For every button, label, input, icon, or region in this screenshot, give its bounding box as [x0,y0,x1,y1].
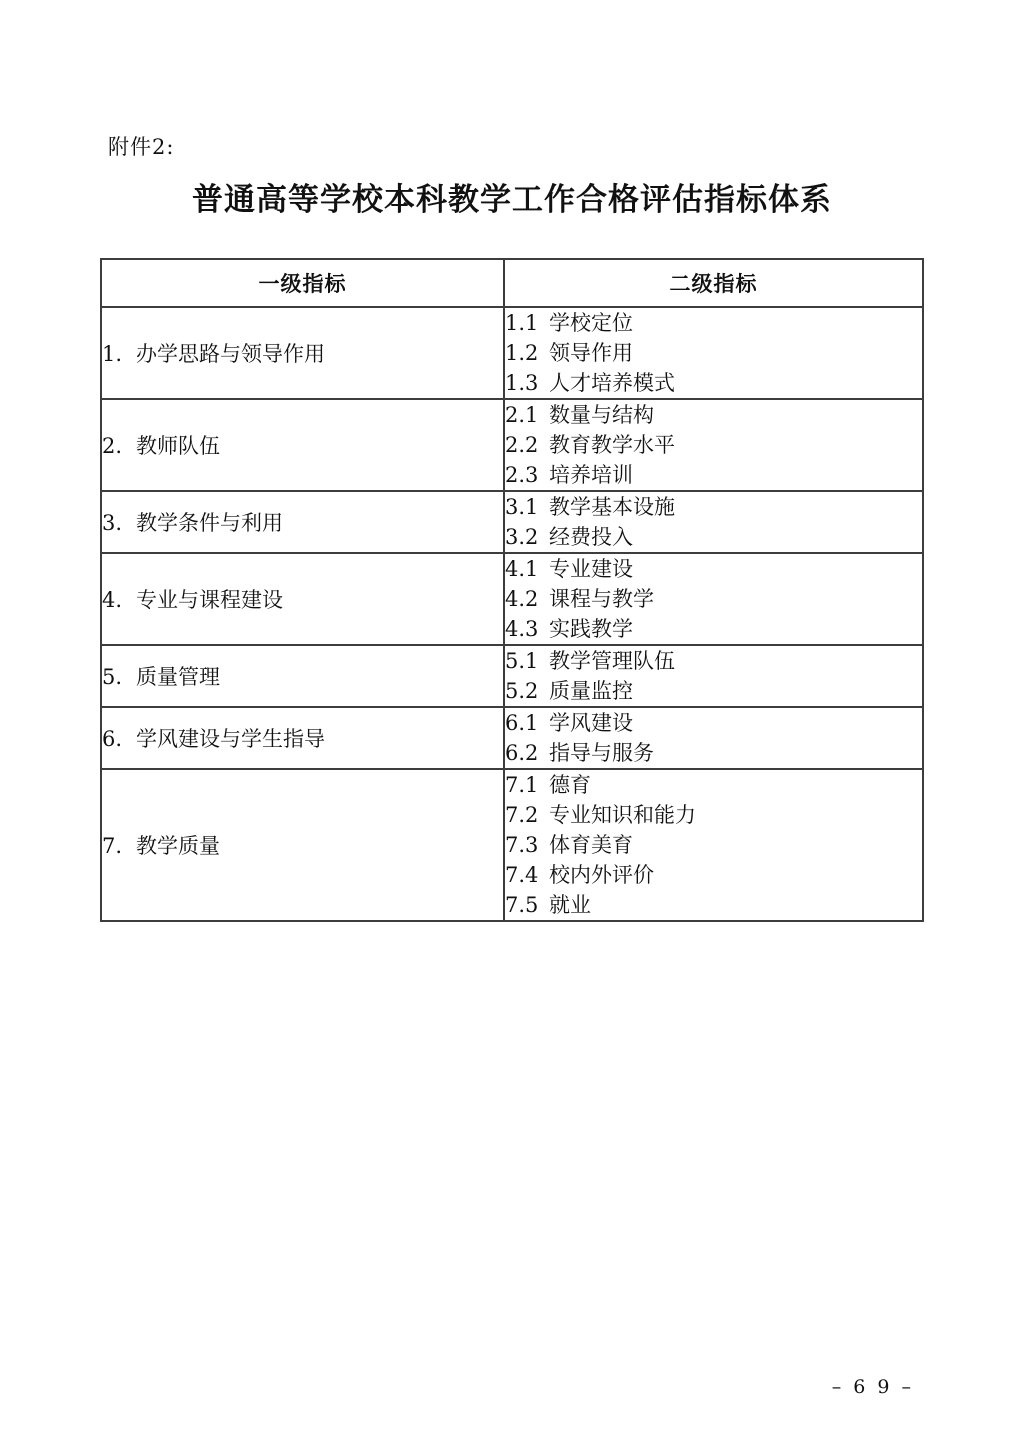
secondary-indicator-label: 教学管理队伍 [549,649,675,673]
column-header-primary: 一级指标 [101,259,504,307]
attachment-label: 附件2: [108,131,174,161]
secondary-indicator-number: 6.1 [505,708,549,738]
secondary-indicator-number: 7.4 [505,860,549,890]
primary-indicator-label: 教师队伍 [136,434,220,458]
secondary-indicator-number: 7.3 [505,830,549,860]
primary-indicator-label: 学风建设与学生指导 [136,727,325,751]
table-header-row: 一级指标 二级指标 [101,259,923,307]
primary-indicator-number: 6. [102,727,136,751]
primary-indicator-number: 7. [102,834,136,858]
table-row: 2.教师队伍2.1数量与结构2.2教育教学水平2.3培养培训 [101,399,923,491]
secondary-indicator-label: 质量监控 [549,679,633,703]
primary-indicator-cell: 2.教师队伍 [101,399,504,491]
secondary-indicator-label: 学校定位 [549,311,633,335]
table-row: 7.教学质量7.1德育7.2专业知识和能力7.3体育美育7.4校内外评价7.5就… [101,769,923,921]
secondary-indicator-number: 1.3 [505,368,549,398]
secondary-indicator-item: 5.1教学管理队伍 [505,646,922,676]
secondary-indicator-label: 校内外评价 [549,863,654,887]
secondary-indicator-label: 体育美育 [549,833,633,857]
indicator-table: 一级指标 二级指标 1.办学思路与领导作用1.1学校定位1.2领导作用1.3人才… [100,258,924,922]
secondary-indicator-label: 教学基本设施 [549,495,675,519]
secondary-indicator-number: 1.1 [505,308,549,338]
page-number: – 6 9 – [832,1376,914,1398]
secondary-indicator-number: 3.2 [505,522,549,552]
primary-indicator-number: 5. [102,665,136,689]
secondary-indicator-number: 4.1 [505,554,549,584]
secondary-indicator-label: 学风建设 [549,711,633,735]
secondary-indicator-number: 4.3 [505,614,549,644]
document-page: 附件2: 普通高等学校本科教学工作合格评估指标体系 一级指标 二级指标 1.办学… [0,0,1024,1448]
secondary-indicator-item: 3.2经费投入 [505,522,922,552]
primary-indicator-cell: 5.质量管理 [101,645,504,707]
secondary-indicator-label: 经费投入 [549,525,633,549]
secondary-indicator-cell: 1.1学校定位1.2领导作用1.3人才培养模式 [504,307,923,399]
page-title: 普通高等学校本科教学工作合格评估指标体系 [0,174,1024,219]
secondary-indicator-item: 7.2专业知识和能力 [505,800,922,830]
secondary-indicator-item: 1.1学校定位 [505,308,922,338]
primary-indicator-label: 专业与课程建设 [136,588,283,612]
secondary-indicator-cell: 4.1专业建设4.2课程与教学4.3实践教学 [504,553,923,645]
secondary-indicator-item: 1.2领导作用 [505,338,922,368]
secondary-indicator-number: 7.2 [505,800,549,830]
primary-indicator-label: 教学质量 [136,834,220,858]
primary-indicator-cell: 3.教学条件与利用 [101,491,504,553]
secondary-indicator-label: 教育教学水平 [549,433,675,457]
secondary-indicator-item: 2.2教育教学水平 [505,430,922,460]
secondary-indicator-number: 4.2 [505,584,549,614]
secondary-indicator-item: 6.1学风建设 [505,708,922,738]
secondary-indicator-item: 6.2指导与服务 [505,738,922,768]
secondary-indicator-number: 5.1 [505,646,549,676]
secondary-indicator-label: 领导作用 [549,341,633,365]
secondary-indicator-label: 专业建设 [549,557,633,581]
primary-indicator-label: 教学条件与利用 [136,511,283,535]
secondary-indicator-label: 实践教学 [549,617,633,641]
primary-indicator-cell: 6.学风建设与学生指导 [101,707,504,769]
secondary-indicator-cell: 5.1教学管理队伍5.2质量监控 [504,645,923,707]
primary-indicator-number: 2. [102,434,136,458]
secondary-indicator-cell: 2.1数量与结构2.2教育教学水平2.3培养培训 [504,399,923,491]
secondary-indicator-label: 就业 [549,893,591,917]
secondary-indicator-item: 4.2课程与教学 [505,584,922,614]
secondary-indicator-cell: 6.1学风建设6.2指导与服务 [504,707,923,769]
secondary-indicator-number: 2.2 [505,430,549,460]
table-row: 4.专业与课程建设4.1专业建设4.2课程与教学4.3实践教学 [101,553,923,645]
primary-indicator-cell: 4.专业与课程建设 [101,553,504,645]
secondary-indicator-cell: 3.1教学基本设施3.2经费投入 [504,491,923,553]
secondary-indicator-label: 指导与服务 [549,741,654,765]
secondary-indicator-item: 2.1数量与结构 [505,400,922,430]
table-row: 1.办学思路与领导作用1.1学校定位1.2领导作用1.3人才培养模式 [101,307,923,399]
secondary-indicator-label: 培养培训 [549,463,633,487]
secondary-indicator-label: 课程与教学 [549,587,654,611]
secondary-indicator-cell: 7.1德育7.2专业知识和能力7.3体育美育7.4校内外评价7.5就业 [504,769,923,921]
secondary-indicator-item: 7.3体育美育 [505,830,922,860]
indicator-table-body: 1.办学思路与领导作用1.1学校定位1.2领导作用1.3人才培养模式2.教师队伍… [101,307,923,921]
secondary-indicator-item: 7.4校内外评价 [505,860,922,890]
secondary-indicator-label: 数量与结构 [549,403,654,427]
table-row: 3.教学条件与利用3.1教学基本设施3.2经费投入 [101,491,923,553]
secondary-indicator-item: 7.5就业 [505,890,922,920]
secondary-indicator-number: 6.2 [505,738,549,768]
secondary-indicator-number: 7.1 [505,770,549,800]
primary-indicator-label: 质量管理 [136,665,220,689]
primary-indicator-number: 1. [102,342,136,366]
primary-indicator-cell: 1.办学思路与领导作用 [101,307,504,399]
secondary-indicator-item: 4.1专业建设 [505,554,922,584]
secondary-indicator-item: 5.2质量监控 [505,676,922,706]
secondary-indicator-number: 1.2 [505,338,549,368]
column-header-secondary: 二级指标 [504,259,923,307]
secondary-indicator-number: 2.1 [505,400,549,430]
secondary-indicator-label: 专业知识和能力 [549,803,696,827]
secondary-indicator-item: 3.1教学基本设施 [505,492,922,522]
table-row: 5.质量管理5.1教学管理队伍5.2质量监控 [101,645,923,707]
secondary-indicator-label: 德育 [549,773,591,797]
secondary-indicator-label: 人才培养模式 [549,371,675,395]
secondary-indicator-item: 4.3实践教学 [505,614,922,644]
secondary-indicator-item: 1.3人才培养模式 [505,368,922,398]
secondary-indicator-number: 3.1 [505,492,549,522]
table-row: 6.学风建设与学生指导6.1学风建设6.2指导与服务 [101,707,923,769]
primary-indicator-number: 3. [102,511,136,535]
primary-indicator-number: 4. [102,588,136,612]
secondary-indicator-item: 7.1德育 [505,770,922,800]
primary-indicator-cell: 7.教学质量 [101,769,504,921]
secondary-indicator-number: 5.2 [505,676,549,706]
secondary-indicator-item: 2.3培养培训 [505,460,922,490]
secondary-indicator-number: 2.3 [505,460,549,490]
secondary-indicator-number: 7.5 [505,890,549,920]
primary-indicator-label: 办学思路与领导作用 [136,342,325,366]
